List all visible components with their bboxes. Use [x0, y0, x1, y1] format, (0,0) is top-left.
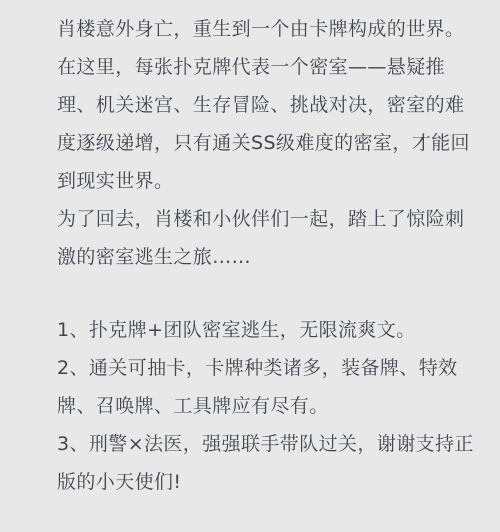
synopsis-line-7: 激的密室逃生之旅……	[57, 238, 464, 276]
synopsis-line-2: 在这里，每张扑克牌代表一个密室——悬疑推	[57, 48, 464, 86]
selling-point-line-1: 1、扑克牌+团队密室逃生，无限流爽文。	[57, 311, 464, 349]
synopsis-block: 肖楼意外身亡，重生到一个由卡牌构成的世界。 在这里，每张扑克牌代表一个密室——悬…	[0, 0, 500, 276]
synopsis-line-3: 理、机关迷宫、生存冒险、挑战对决，密室的难	[57, 86, 464, 124]
selling-points-block: 1、扑克牌+团队密室逃生，无限流爽文。 2、通关可抽卡，卡牌种类诸多，装备牌、特…	[0, 311, 500, 501]
synopsis-line-6: 为了回去，肖楼和小伙伴们一起，踏上了惊险刺	[57, 200, 464, 238]
synopsis-line-4: 度逐级递增，只有通关SS级难度的密室，才能回	[57, 124, 464, 162]
selling-point-line-3: 牌、召唤牌、工具牌应有尽有。	[57, 387, 464, 425]
synopsis-line-5: 到现实世界。	[57, 162, 464, 200]
synopsis-line-1: 肖楼意外身亡，重生到一个由卡牌构成的世界。	[57, 10, 464, 48]
selling-point-line-5: 版的小天使们!	[57, 463, 464, 501]
selling-point-line-4: 3、刑警×法医，强强联手带队过关，谢谢支持正	[57, 425, 464, 463]
selling-point-line-2: 2、通关可抽卡，卡牌种类诸多，装备牌、特效	[57, 349, 464, 387]
book-description-page: 肖楼意外身亡，重生到一个由卡牌构成的世界。 在这里，每张扑克牌代表一个密室——悬…	[0, 0, 500, 532]
